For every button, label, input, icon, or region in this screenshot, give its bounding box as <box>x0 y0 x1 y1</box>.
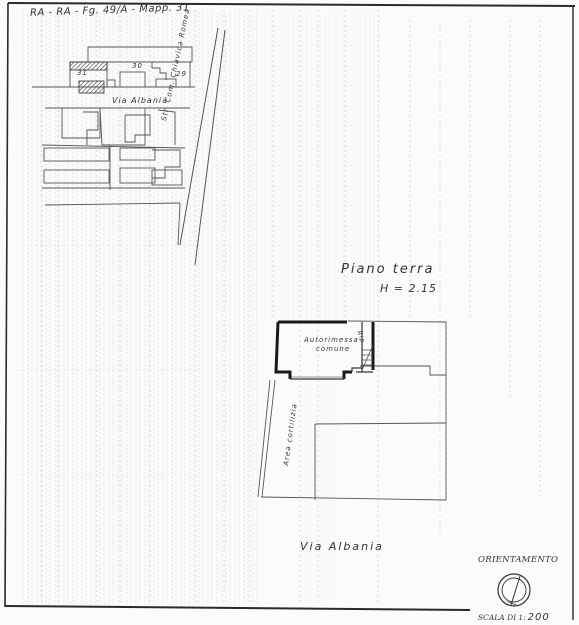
parcel-label-30: 30 <box>132 62 143 70</box>
floor-height: H = 2.15 <box>380 282 437 295</box>
drawing-canvas <box>0 0 579 625</box>
orientation-label: ORIENTAMENTO <box>478 555 558 565</box>
floor-title: Piano terra <box>341 262 435 277</box>
scale-prefix: SCALA DI 1: <box>478 613 526 622</box>
scale-label: SCALA DI 1: 200 <box>478 612 550 623</box>
scan-noise <box>10 10 540 605</box>
floor-plan <box>258 321 446 500</box>
compass-icon <box>498 574 530 606</box>
street-label-via-albania-map: Via Albania <box>112 96 168 105</box>
scale-value: 200 <box>528 612 550 623</box>
room-label-autorimessa: Autorimessa <box>304 336 359 344</box>
parcel-label-31: 31 <box>77 69 88 77</box>
room-label-comune: comune <box>316 345 350 353</box>
street-label-via-albania-plan: Via Albania <box>300 540 384 553</box>
drawing-sheet: RA - RA - Fg. 49/A - Mapp. 31 31 30 29 V… <box>0 0 579 625</box>
